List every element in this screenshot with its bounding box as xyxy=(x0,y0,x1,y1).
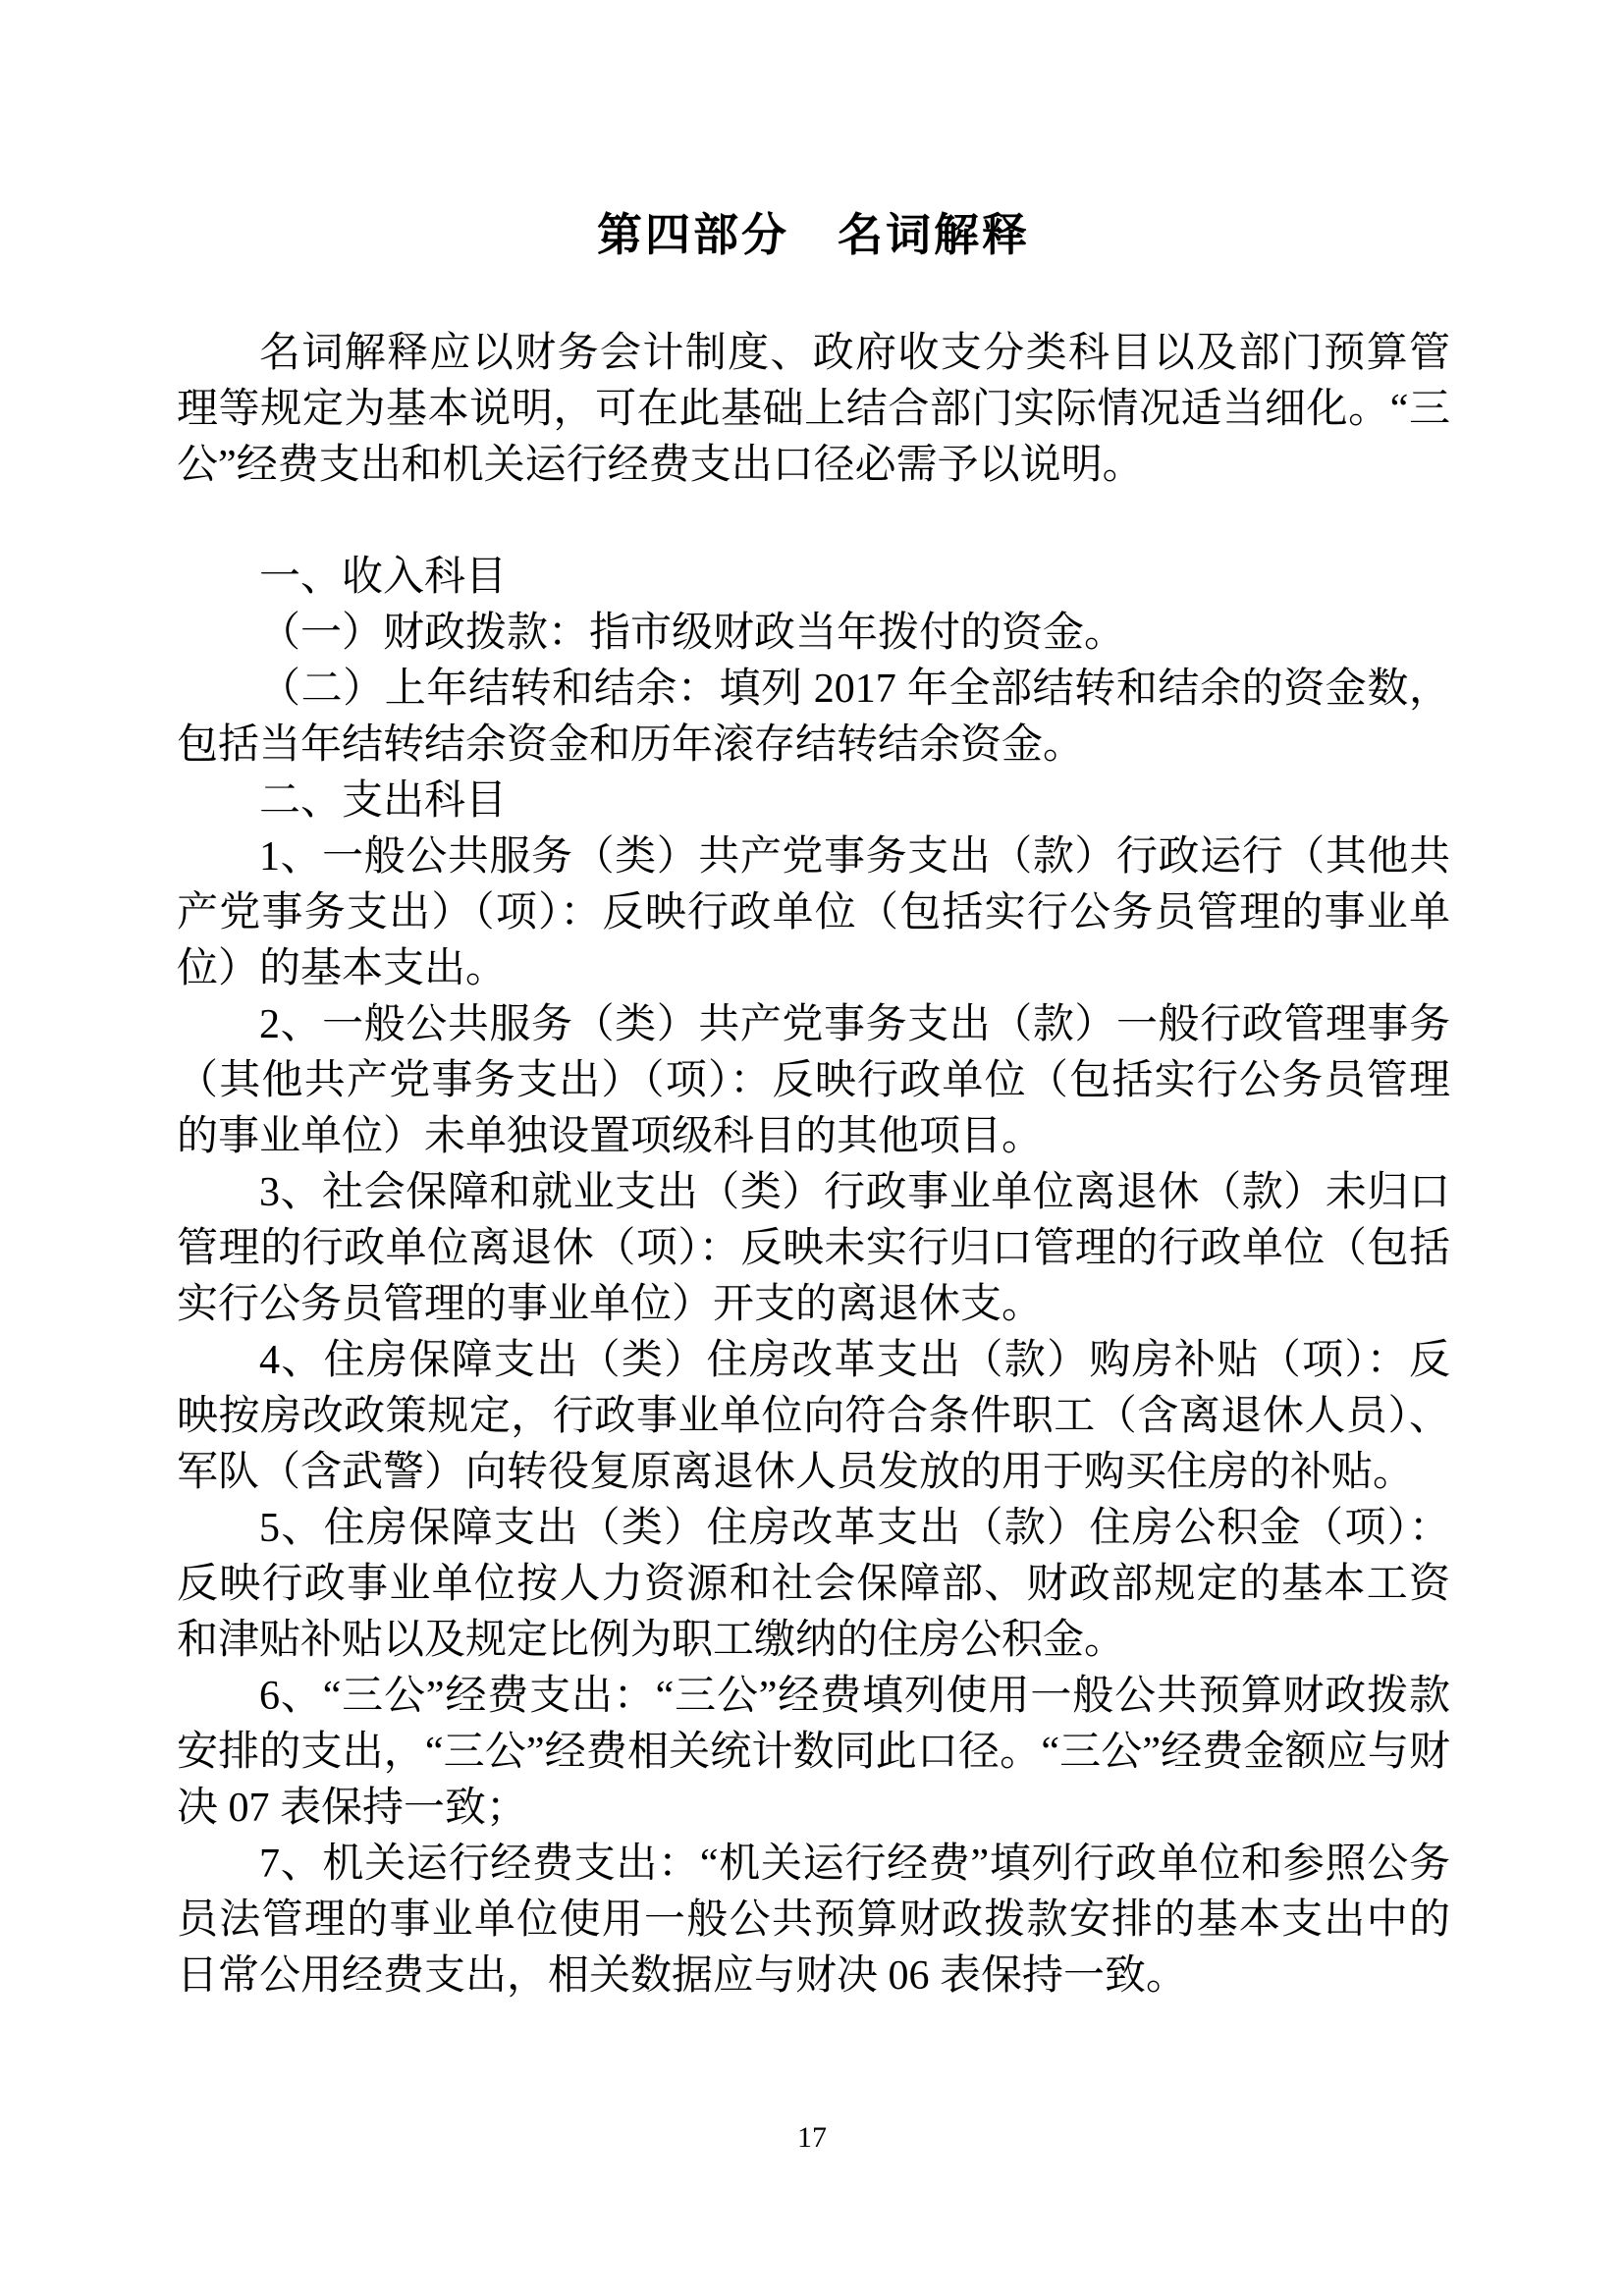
content-area: 第四部分 名词解释 名词解释应以财务会计制度、政府收支分类科目以及部门预算管理等… xyxy=(177,0,1450,2004)
document-page: { "page": { "title": "第四部分 名词解释", "page_… xyxy=(0,0,1624,2296)
page-number: 17 xyxy=(0,2120,1624,2156)
paragraph-income-1: （一）财政拨款：指市级财政当年拨付的资金。 xyxy=(177,606,1450,662)
page-title: 第四部分 名词解释 xyxy=(177,0,1450,263)
paragraph-expenditure-1: 1、一般公共服务（类）共产党事务支出（款）行政运行（其他共产党事务支出）（项）：… xyxy=(177,829,1450,997)
paragraph-expenditure-4: 4、住房保障支出（类）住房改革支出（款）购房补贴（项）：反映按房改政策规定，行政… xyxy=(177,1333,1450,1501)
paragraph-expenditure-6: 6、“三公”经费支出：“三公”经费填列使用一般公共预算财政拨款安排的支出，“三公… xyxy=(177,1669,1450,1837)
body-text: 名词解释应以财务会计制度、政府收支分类科目以及部门预算管理等规定为基本说明，可在… xyxy=(177,326,1450,2004)
paragraph-expenditure-3: 3、社会保障和就业支出（类）行政事业单位离退休（款）未归口管理的行政单位离退休（… xyxy=(177,1165,1450,1333)
section-heading-expenditure: 二、支出科目 xyxy=(177,774,1450,829)
paragraph-expenditure-5: 5、住房保障支出（类）住房改革支出（款）住房公积金（项）：反映行政事业单位按人力… xyxy=(177,1501,1450,1669)
section-heading-income: 一、收入科目 xyxy=(177,550,1450,606)
paragraph-income-2: （二）上年结转和结余：填列 2017 年全部结转和结余的资金数，包括当年结转结余… xyxy=(177,662,1450,774)
paragraph-expenditure-7: 7、机关运行经费支出：“机关运行经费”填列行政单位和参照公务员法管理的事业单位使… xyxy=(177,1837,1450,2004)
paragraph-expenditure-2: 2、一般公共服务（类）共产党事务支出（款）一般行政管理事务（其他共产党事务支出）… xyxy=(177,997,1450,1165)
paragraph-intro: 名词解释应以财务会计制度、政府收支分类科目以及部门预算管理等规定为基本说明，可在… xyxy=(177,326,1450,494)
